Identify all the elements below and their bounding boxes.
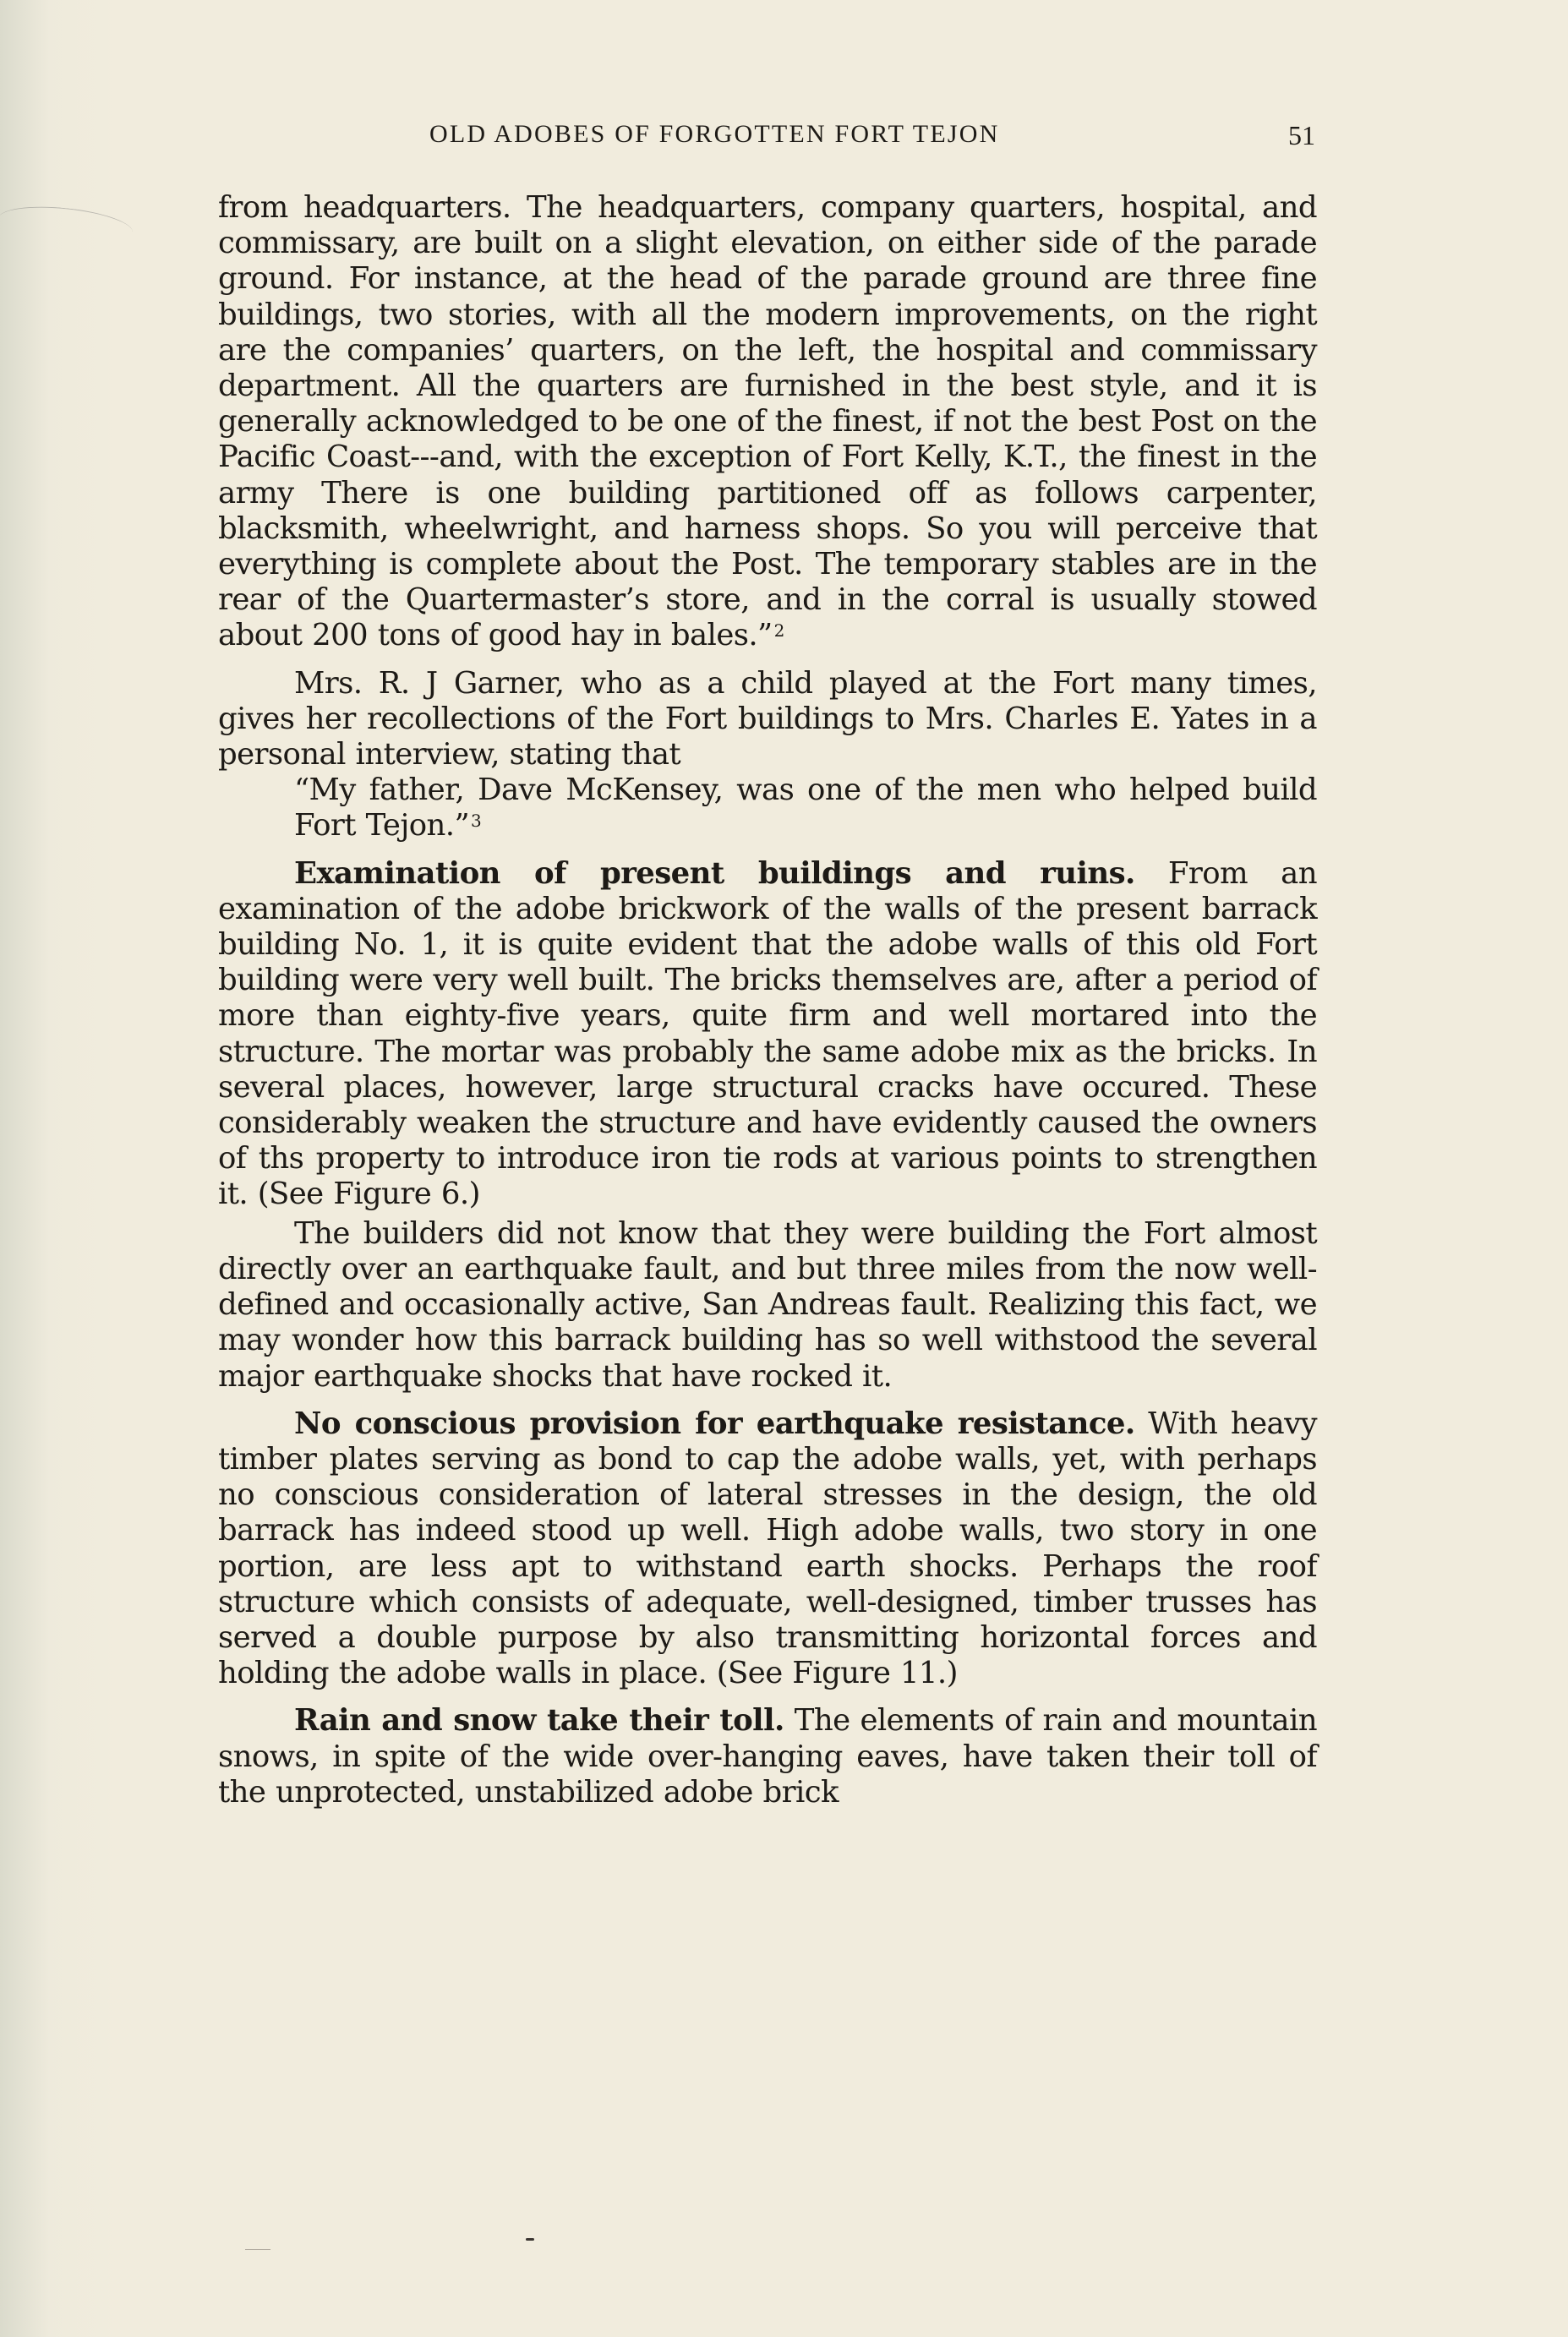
earthquake-paragraph: No conscious provision for earthquake re… xyxy=(218,1406,1317,1692)
paper-speck xyxy=(245,2249,270,2250)
paper-speck xyxy=(526,2238,534,2241)
quote-continuation-text: from headquarters. The headquarters, com… xyxy=(218,190,1317,653)
builders-paragraph: The builders did not know that they were… xyxy=(218,1216,1317,1395)
running-header: OLD ADOBES OF FORGOTTEN FORT TEJON 51 xyxy=(218,120,1315,154)
examination-text: From an examination of the adobe brickwo… xyxy=(218,856,1317,1212)
body-text: from headquarters. The headquarters, com… xyxy=(218,190,1317,1810)
section-heading: No conscious provision for earthquake re… xyxy=(294,1406,1135,1441)
quote-continuation-paragraph: from headquarters. The headquarters, com… xyxy=(218,190,1317,654)
footnote-marker: 2 xyxy=(774,620,784,641)
section-heading: Examination of present buildings and rui… xyxy=(294,856,1135,891)
page-number: 51 xyxy=(1288,120,1315,151)
examination-paragraph: Examination of present buildings and rui… xyxy=(218,856,1317,1213)
book-page: OLD ADOBES OF FORGOTTEN FORT TEJON 51 fr… xyxy=(0,0,1568,2337)
running-title: OLD ADOBES OF FORGOTTEN FORT TEJON xyxy=(429,120,999,149)
rain-paragraph: Rain and snow take their toll. The eleme… xyxy=(218,1703,1317,1810)
footnote-marker: 3 xyxy=(471,811,481,831)
garner-quote: “My father, Dave McKensey, was one of th… xyxy=(218,773,1317,844)
page-crease xyxy=(0,201,134,249)
earthquake-text: With heavy timber plates serving as bond… xyxy=(218,1406,1317,1690)
garner-quote-text: “My father, Dave McKensey, was one of th… xyxy=(294,773,1317,843)
garner-paragraph: Mrs. R. J Garner, who as a child played … xyxy=(218,666,1317,773)
section-heading: Rain and snow take their toll. xyxy=(294,1703,784,1738)
